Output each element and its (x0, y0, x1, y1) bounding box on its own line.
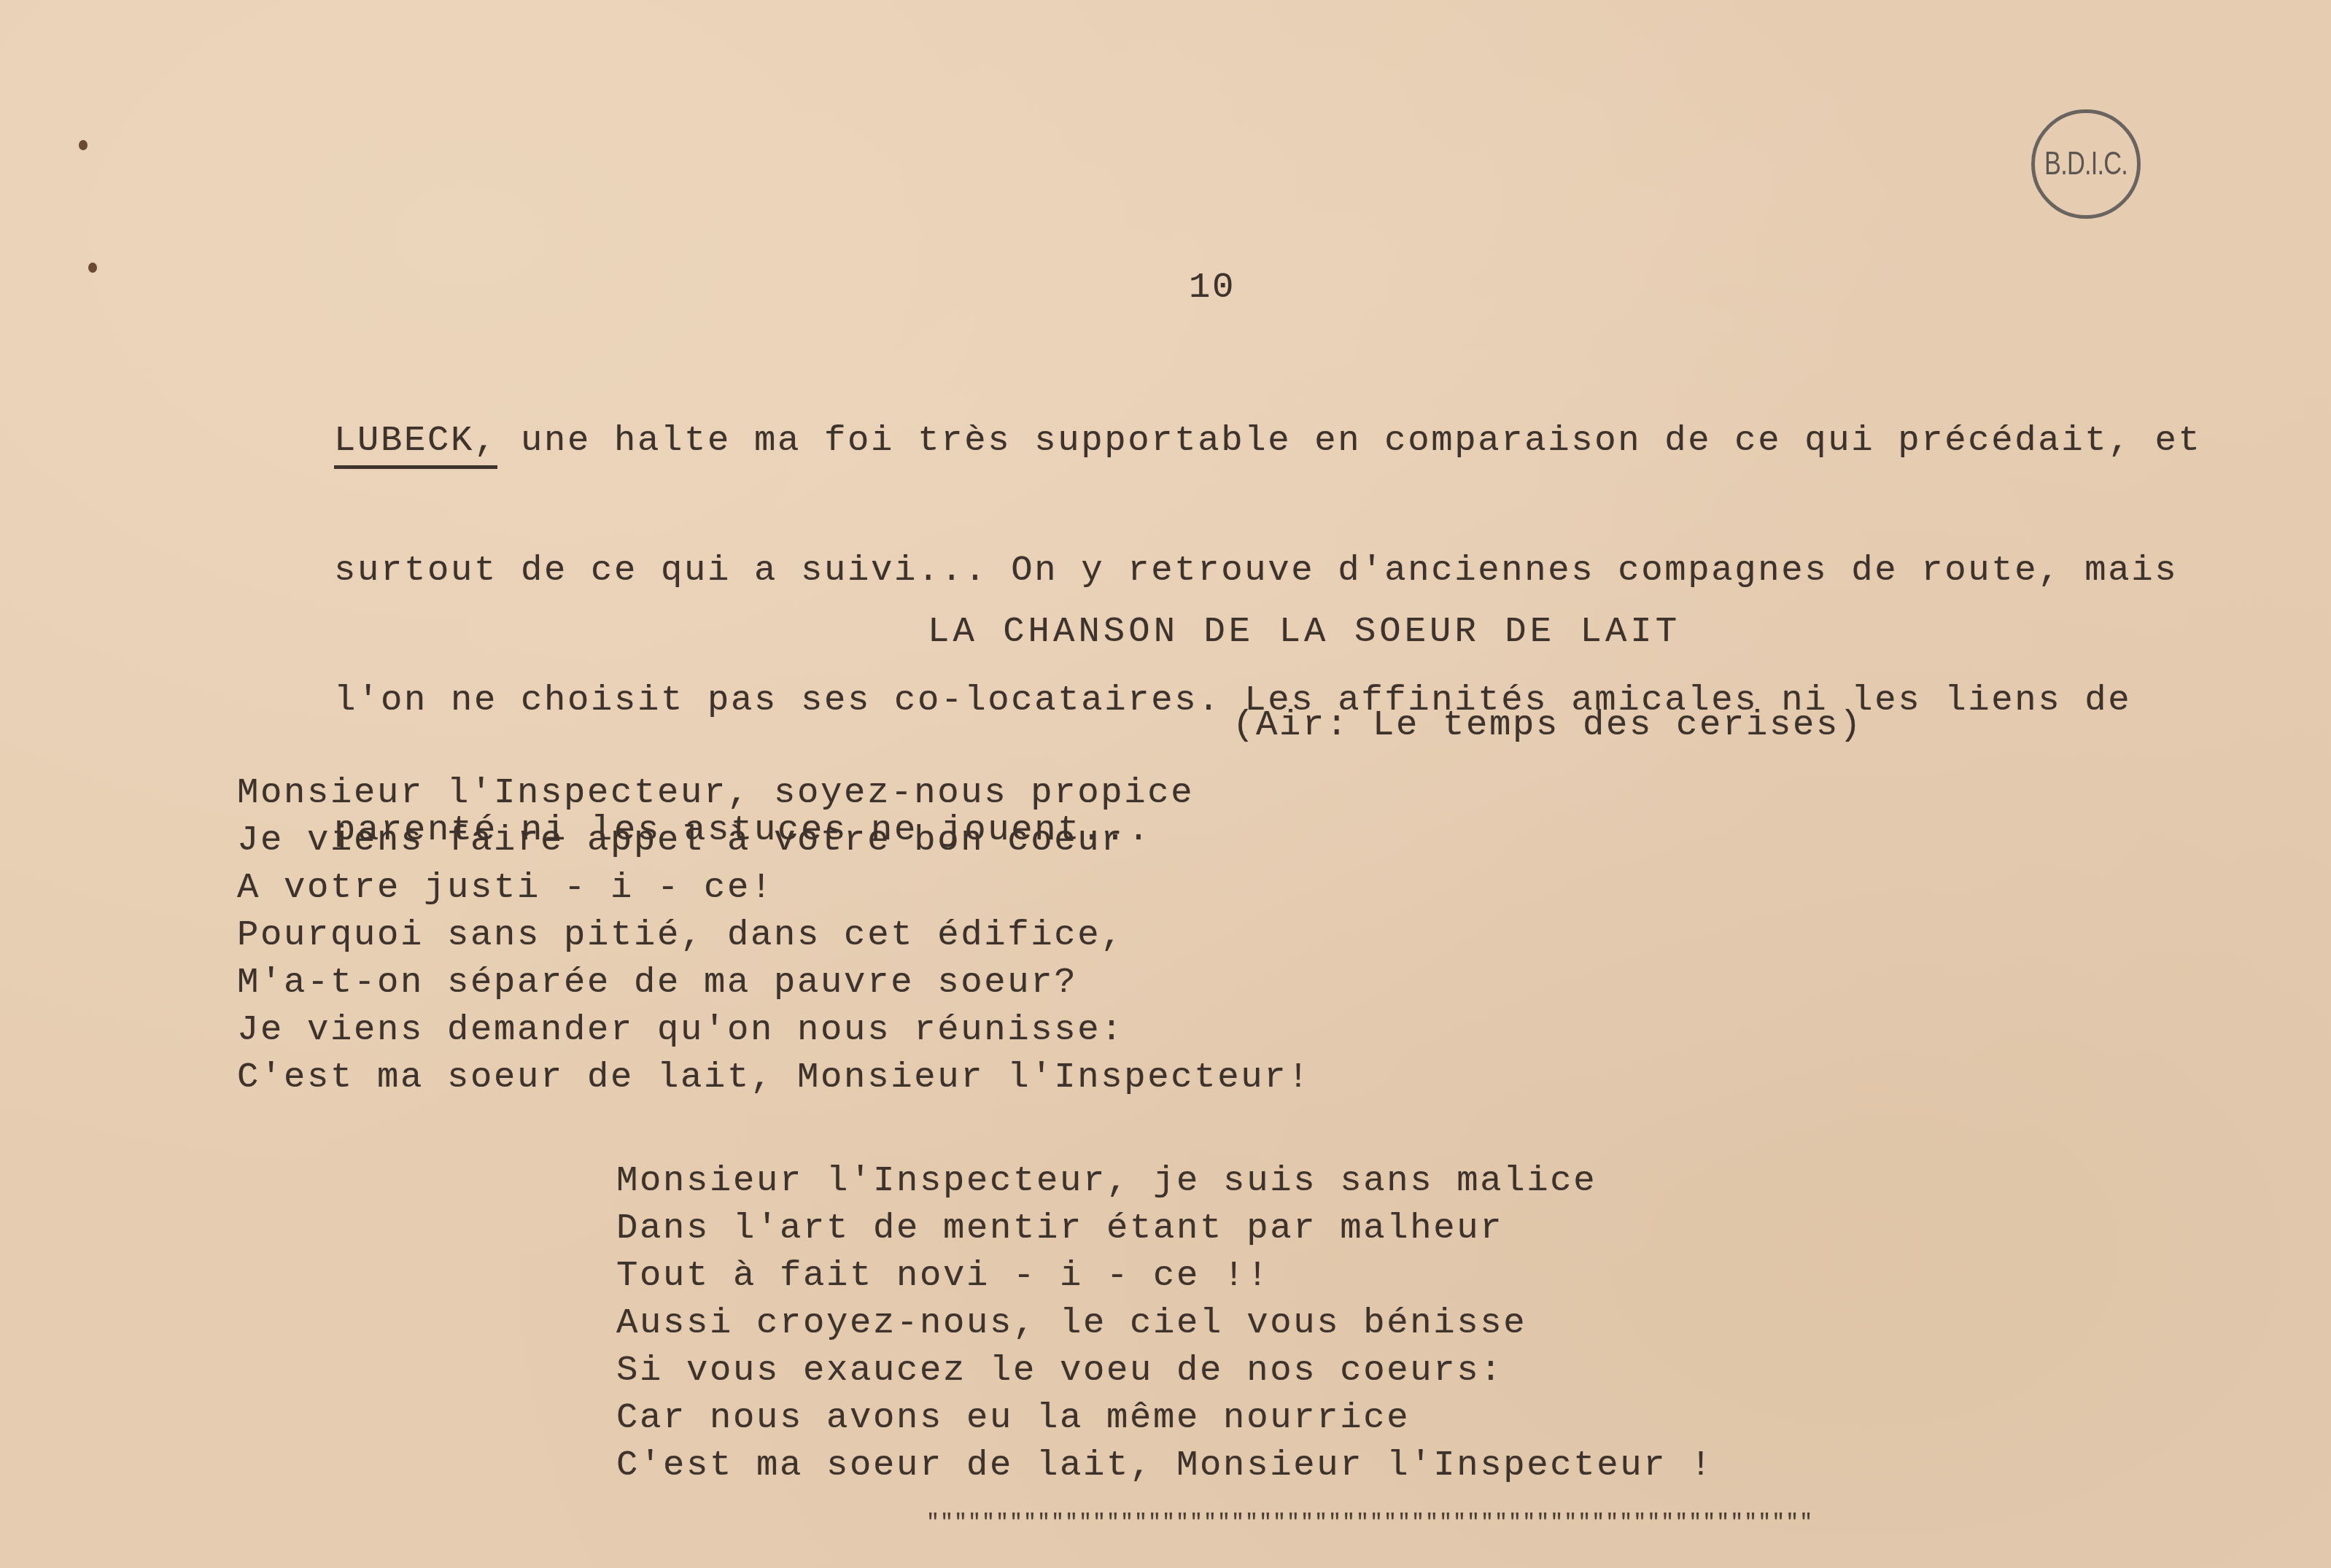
stanza-1: Monsieur l'Inspecteur, soyez-nous propic… (237, 775, 1311, 1107)
verse-line: A votre justi - i - ce! (237, 870, 1311, 917)
place-name: LUBECK, (334, 420, 497, 469)
stanza-2: Monsieur l'Inspecteur, je suis sans mali… (616, 1163, 1713, 1495)
paragraph-line: LUBECK, une halte ma foi très supportabl… (334, 423, 2201, 481)
verse-line: C'est ma soeur de lait, Monsieur l'Inspe… (237, 1060, 1311, 1107)
verse-line: Monsieur l'Inspecteur, je suis sans mali… (616, 1163, 1713, 1211)
verse-line: Monsieur l'Inspecteur, soyez-nous propic… (237, 775, 1311, 823)
section-separator: """"""""""""""""""""""""""""""""""""""""… (926, 1513, 1813, 1534)
punch-hole (79, 140, 88, 150)
library-stamp: B.D.I.C. (2031, 109, 2141, 219)
page-number: 10 (1189, 270, 1236, 306)
verse-line: Car nous avons eu la même nourrice (616, 1400, 1713, 1448)
song-title: LA CHANSON DE LA SOEUR DE LAIT (928, 614, 1680, 650)
verse-line: Si vous exaucez le voeu de nos coeurs: (616, 1353, 1713, 1400)
verse-line: Je viens faire appel à votre bon coeur (237, 823, 1311, 870)
song-air: (Air: Le temps des cerises) (1233, 707, 1863, 743)
verse-line: Aussi croyez-nous, le ciel vous bénisse (616, 1305, 1713, 1353)
verse-line: Tout à fait novi - i - ce !! (616, 1258, 1713, 1305)
verse-line: C'est ma soeur de lait, Monsieur l'Inspe… (616, 1448, 1713, 1495)
verse-line: Pourquoi sans pitié, dans cet édifice, (237, 917, 1311, 965)
verse-line: Je viens demander qu'on nous réunisse: (237, 1012, 1311, 1060)
punch-hole (88, 263, 97, 273)
stamp-text: B.D.I.C. (2044, 146, 2128, 182)
paragraph-line-text: une halte ma foi très supportable en com… (497, 420, 2201, 461)
verse-line: M'a-t-on séparée de ma pauvre soeur? (237, 965, 1311, 1012)
paragraph-line: surtout de ce qui a suivi... On y retrou… (334, 553, 2201, 611)
verse-line: Dans l'art de mentir étant par malheur (616, 1211, 1713, 1258)
